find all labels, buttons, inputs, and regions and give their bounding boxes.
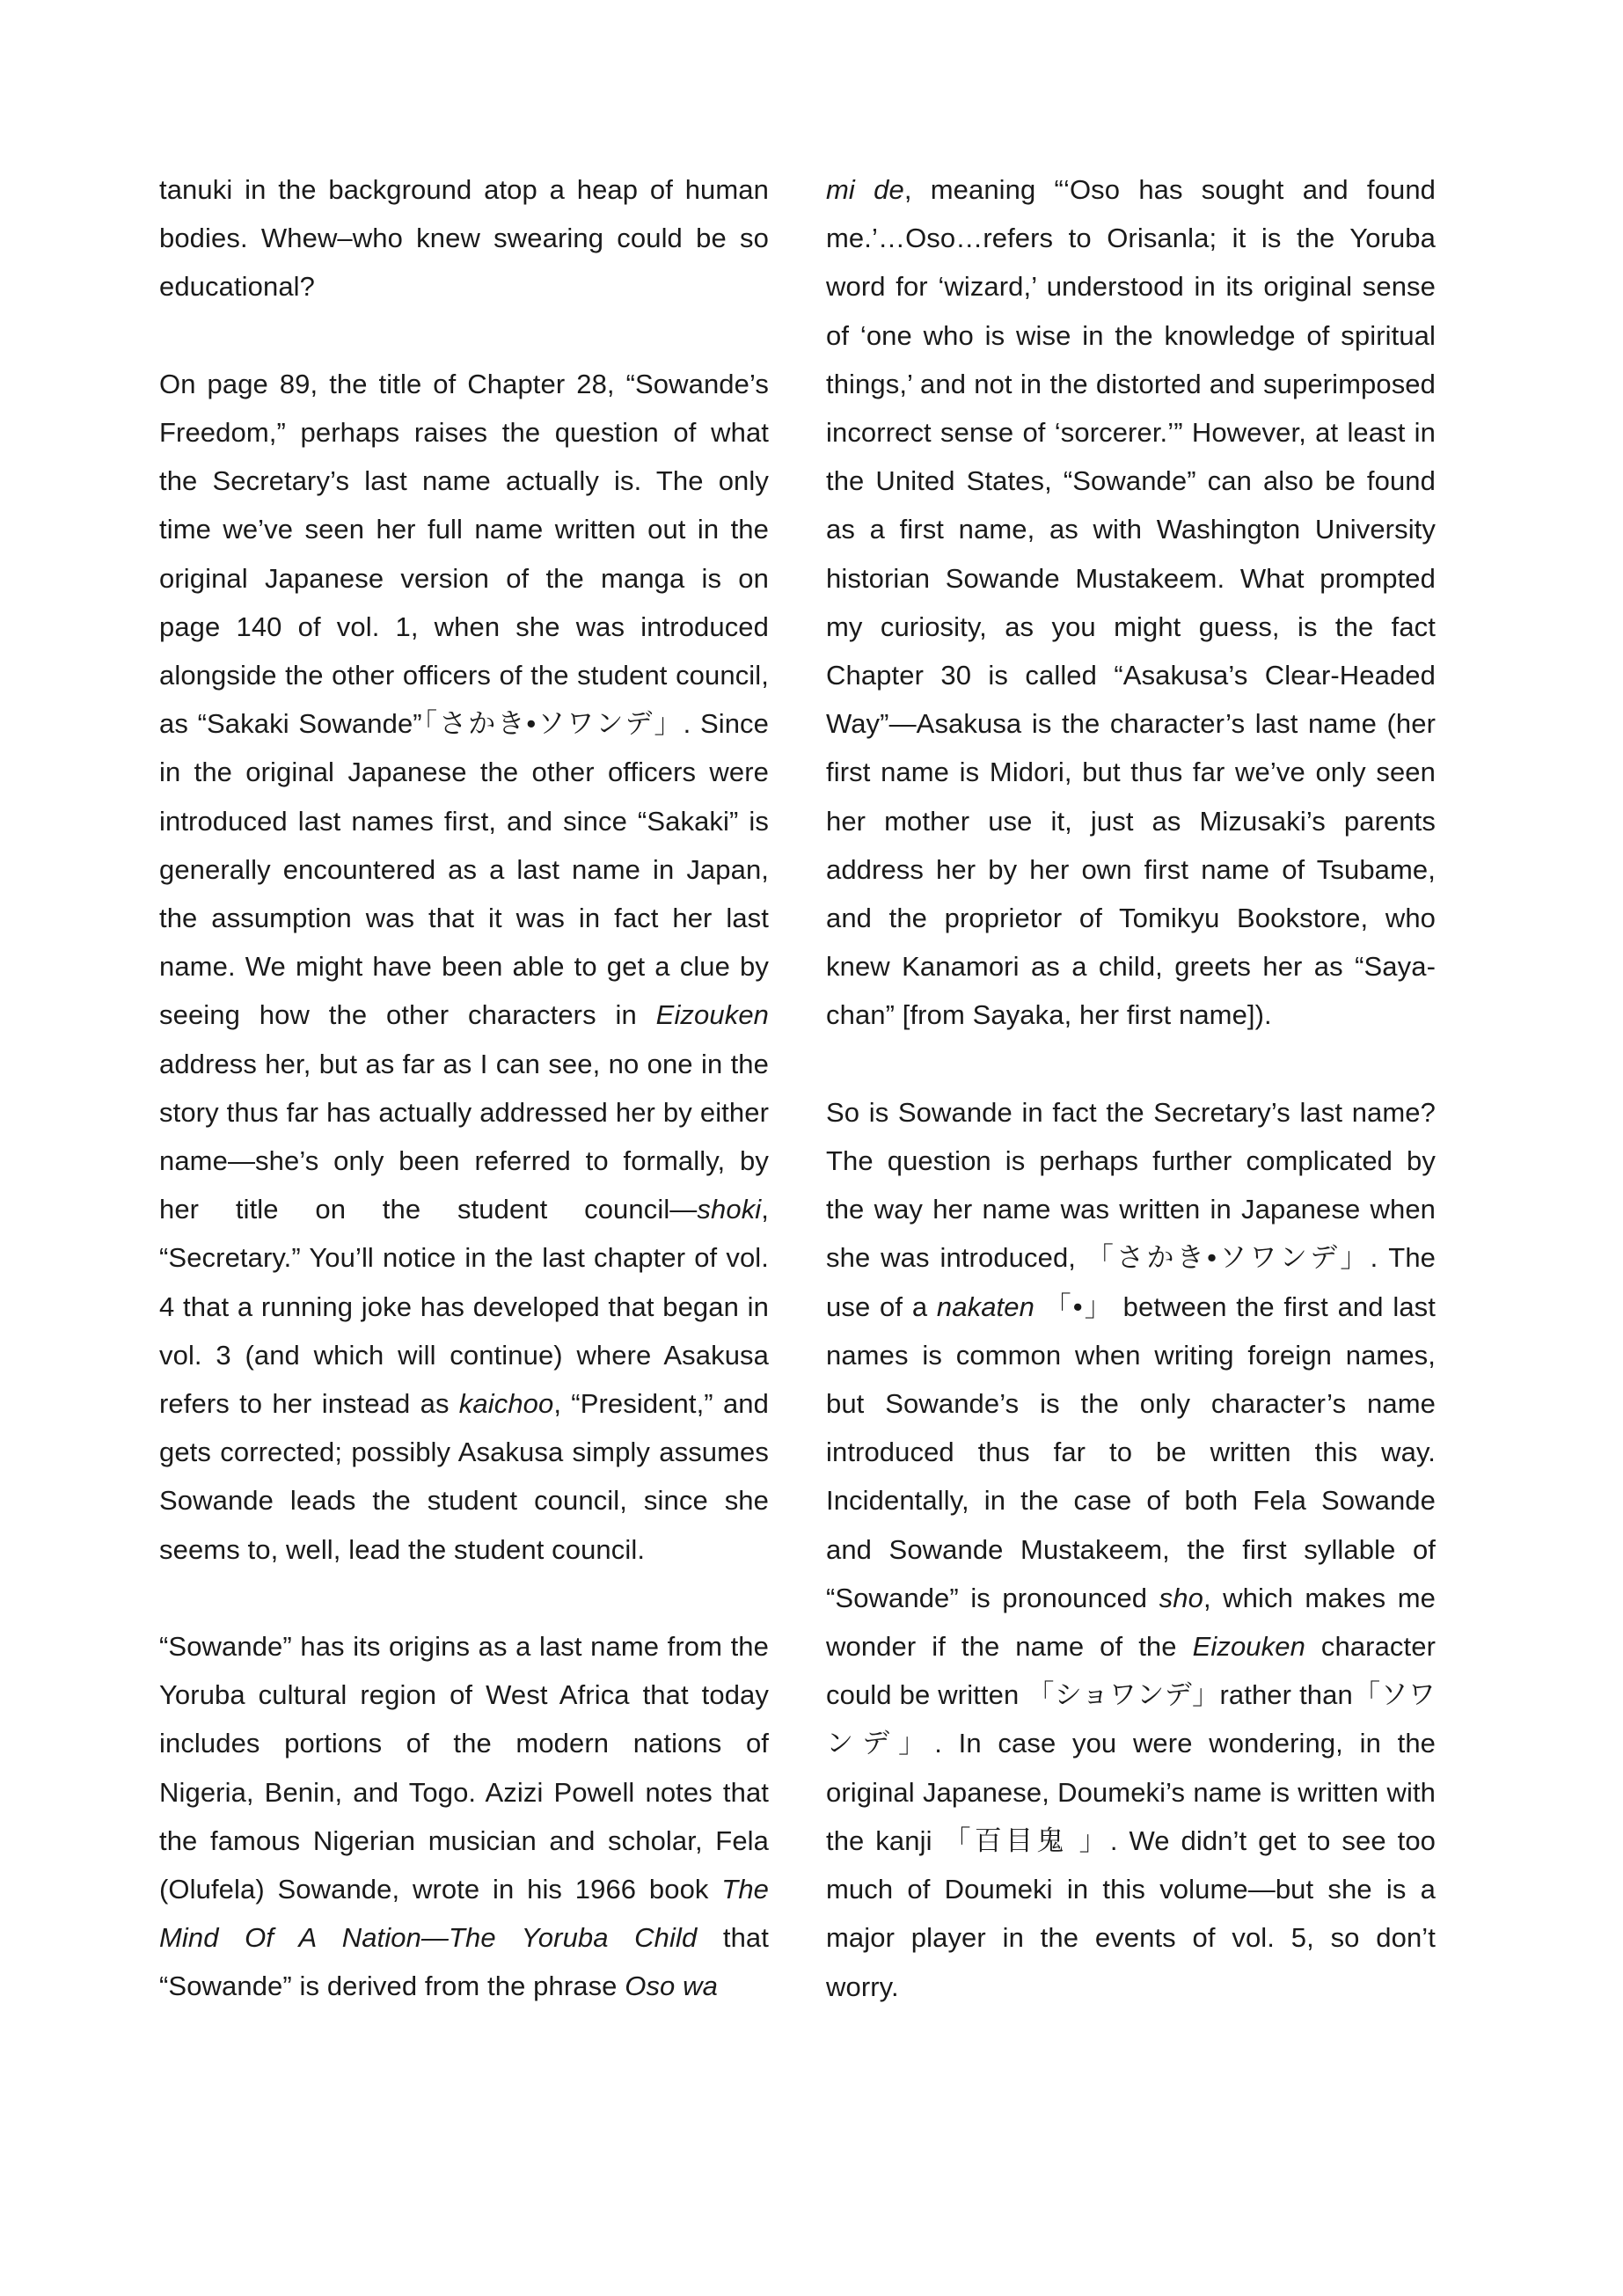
italic-text-segment: shoki bbox=[697, 1194, 761, 1225]
text-segment: address her, but as far as I can see, no… bbox=[159, 1049, 769, 1225]
italic-text-segment: Eizouken bbox=[656, 999, 769, 1030]
paragraph: “Sowande” has its origins as a last name… bbox=[159, 1622, 769, 2011]
text-segment: , meaning “‘Oso has sought and found me.… bbox=[826, 174, 1436, 1030]
text-segment: 「•」 between the first and last names is … bbox=[826, 1291, 1436, 1613]
italic-text-segment: sho bbox=[1159, 1583, 1203, 1613]
italic-text-segment: mi de bbox=[826, 174, 904, 205]
paragraph: tanuki in the background atop a heap of … bbox=[159, 165, 769, 311]
paragraph: So is Sowande in fact the Secretary’s la… bbox=[826, 1088, 1436, 2011]
italic-text-segment: Eizouken bbox=[1193, 1631, 1305, 1662]
text-segment: , “Secretary.” You’ll notice in the last… bbox=[159, 1194, 769, 1419]
document-page: tanuki in the background atop a heap of … bbox=[0, 0, 1623, 2296]
text-segment: “Sowande” has its origins as a last name… bbox=[159, 1631, 769, 1905]
text-segment: So is Sowande in fact the Secretary’s la… bbox=[826, 1097, 1436, 1322]
text-segment: character could be written 「ショワンデ」rather… bbox=[826, 1631, 1436, 2001]
paragraph: On page 89, the title of Chapter 28, “So… bbox=[159, 360, 769, 1574]
italic-text-segment: nakaten bbox=[937, 1291, 1034, 1322]
italic-text-segment: kaichoo bbox=[459, 1388, 554, 1419]
text-segment: tanuki in the background atop a heap of … bbox=[159, 174, 769, 302]
text-column-left: tanuki in the background atop a heap of … bbox=[159, 165, 769, 2011]
paragraph: mi de, meaning “‘Oso has sought and foun… bbox=[826, 165, 1436, 1040]
italic-text-segment: Oso wa bbox=[625, 1971, 718, 2001]
text-column-right: mi de, meaning “‘Oso has sought and foun… bbox=[826, 165, 1436, 2011]
text-segment: On page 89, the title of Chapter 28, “So… bbox=[159, 369, 769, 1031]
